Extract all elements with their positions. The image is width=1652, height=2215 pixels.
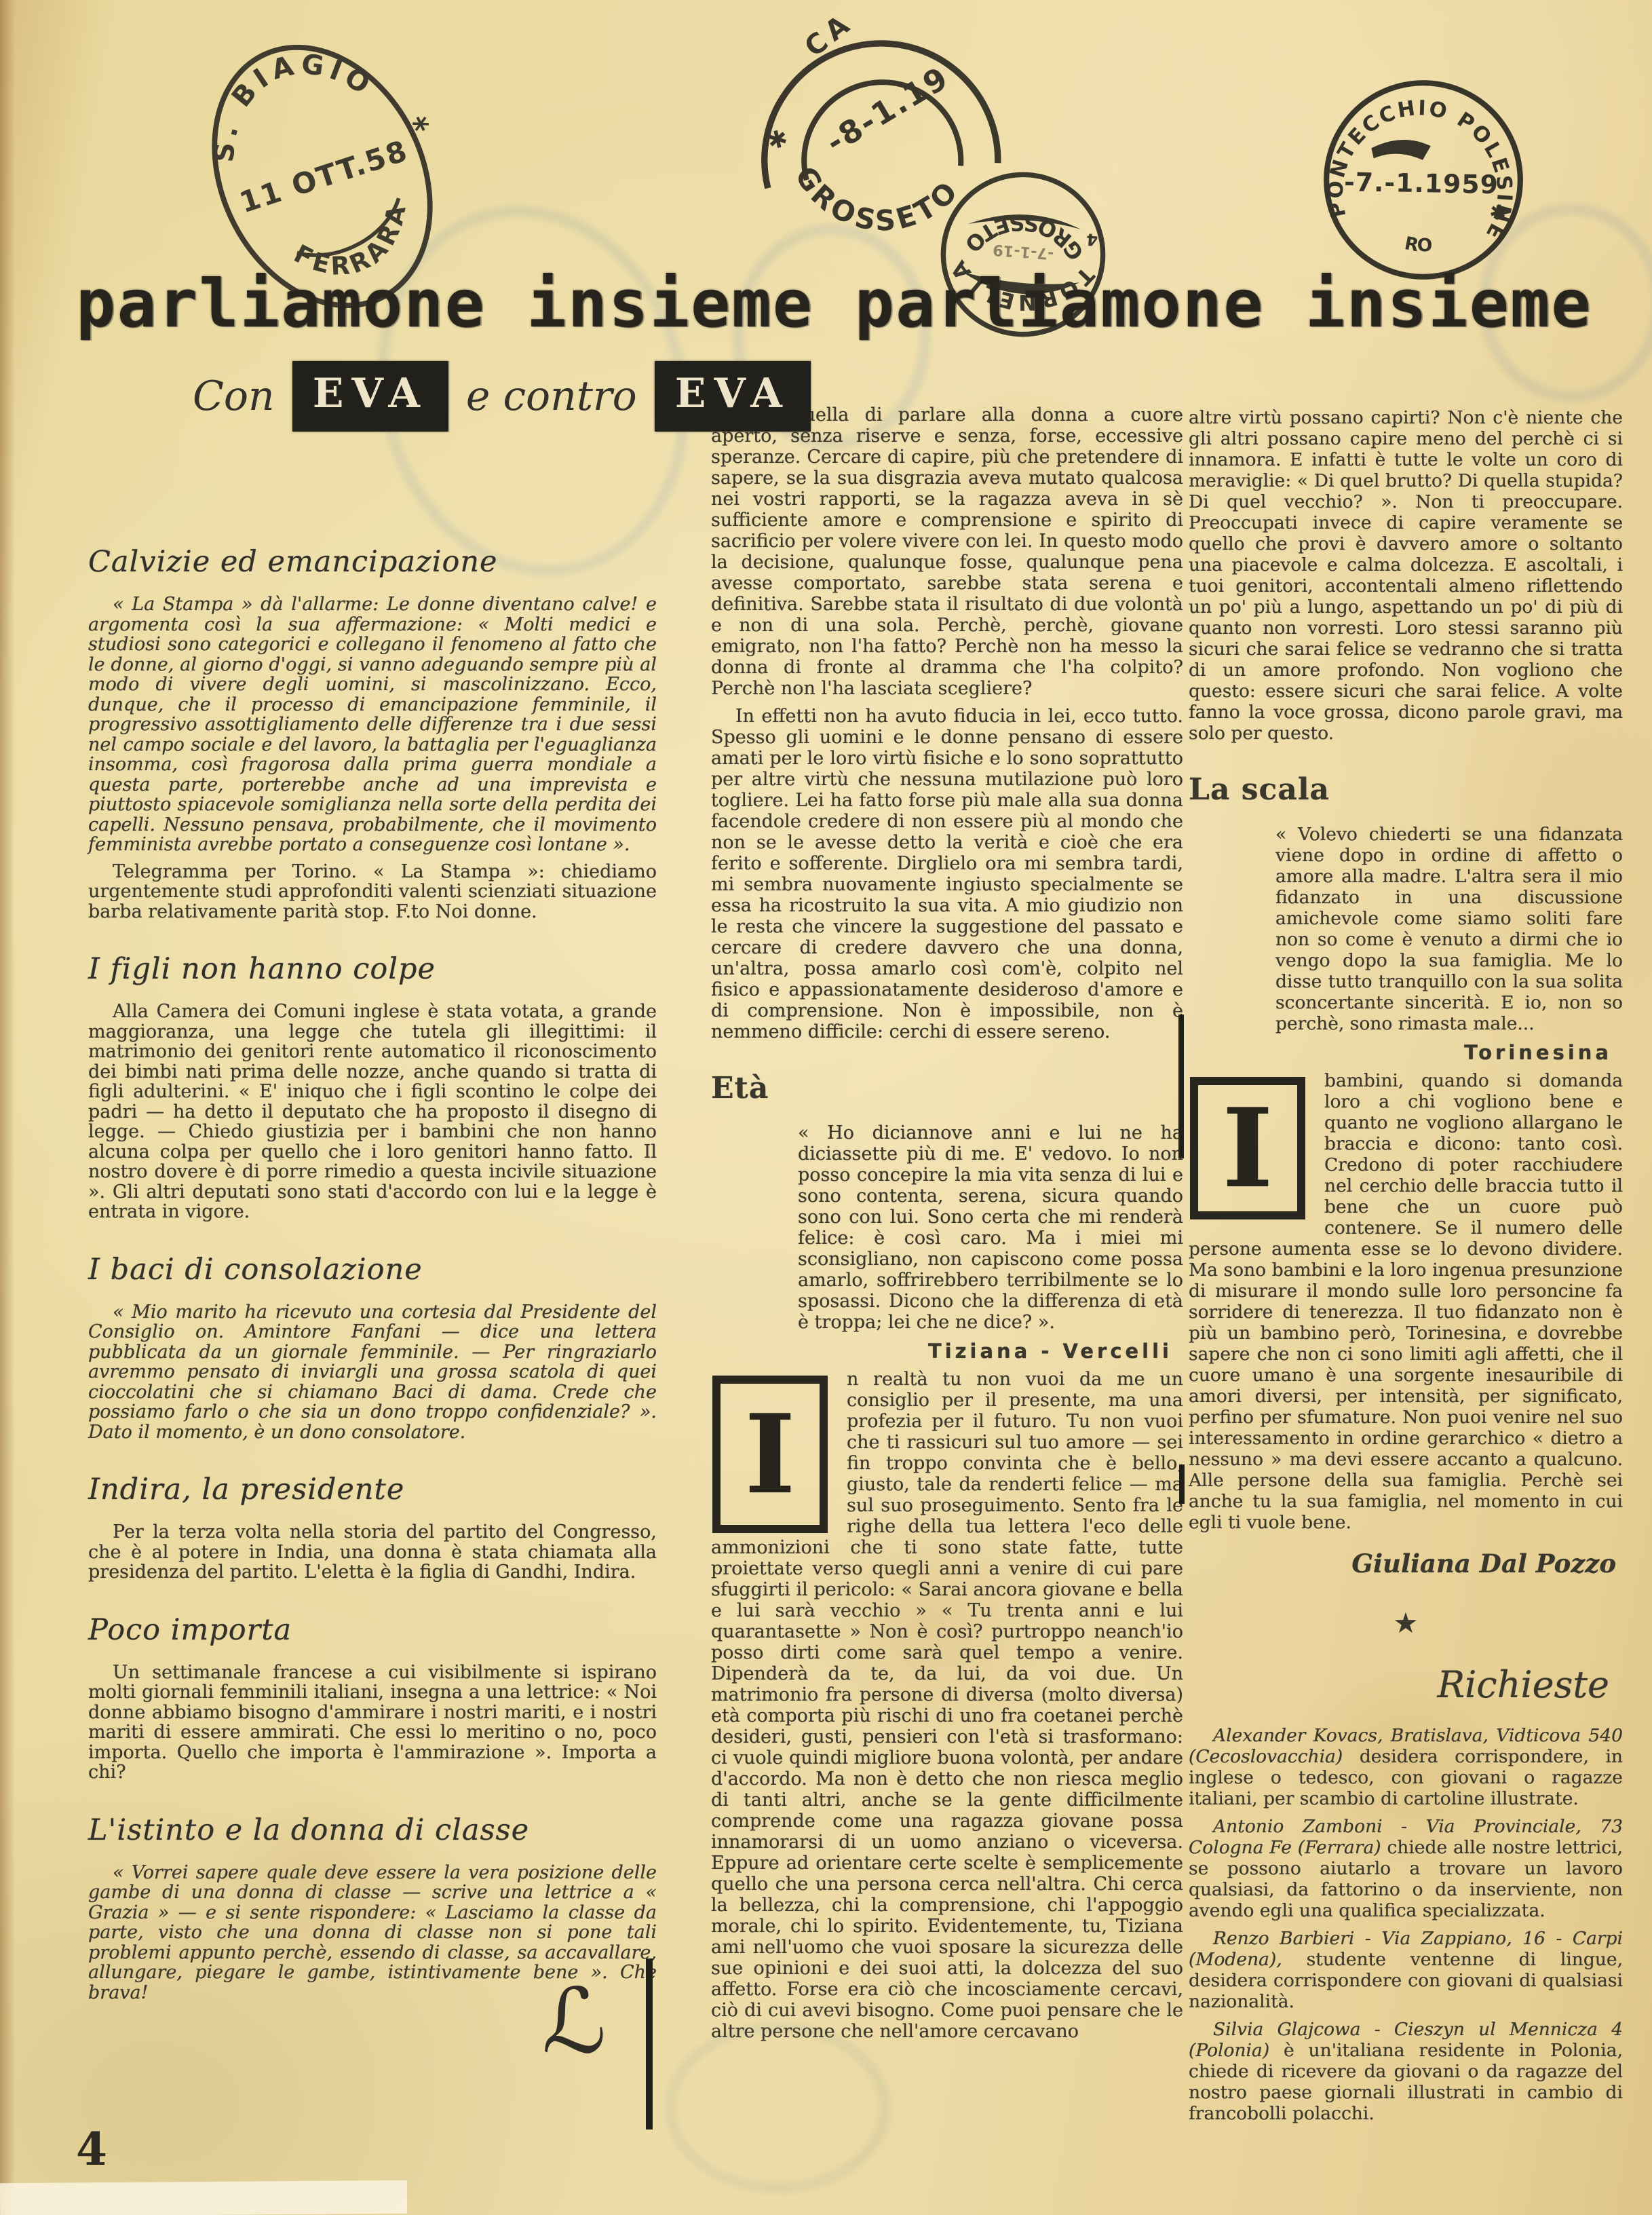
page-number: 4	[76, 2123, 107, 2176]
section-heading: Indira, la presidente	[88, 1473, 657, 1506]
kicker: Con EVA e contro EVA	[175, 361, 811, 432]
eva-badge: EVA	[292, 361, 448, 432]
svg-text:-7.-1.1959: -7.-1.1959	[1344, 167, 1499, 200]
letter-signature: Tiziana - Vercelli	[711, 1341, 1172, 1362]
requests-list: Alexander Kovacs, Bratislava, Vidticova …	[1189, 1725, 1623, 2124]
body-paragraph: Un settimanale francese a cui visibilmen…	[88, 1663, 657, 1783]
request-item: Alexander Kovacs, Bratislava, Vidticova …	[1189, 1725, 1623, 1809]
section-heading: I baci di consolazione	[88, 1253, 657, 1286]
body-paragraph: Alla Camera dei Comuni inglese è stata v…	[88, 1002, 657, 1222]
svg-text:CA: CA	[799, 6, 860, 63]
svg-text:4: 4	[1086, 229, 1098, 250]
column-rule	[646, 1958, 653, 2129]
reader-letter: « Ho diciannove anni e lui ne ha diciass…	[798, 1122, 1183, 1333]
kicker-word-econtro: e contro	[466, 373, 637, 420]
letter-signature: Torinesina	[1189, 1042, 1612, 1063]
kicker-word-con: Con	[193, 373, 275, 420]
section-heading-eta: Età	[711, 1072, 1183, 1105]
svg-text:-7-1-19: -7-1-19	[992, 241, 1054, 263]
postmark-tornella-icon: TORNELLA GROSSETO -7-1-19 4	[922, 153, 1125, 356]
request-item: Silvia Glajcowa - Cieszyn ul Mennicza 4 …	[1189, 2019, 1623, 2124]
section-heading: Calvizie ed emancipazione	[88, 546, 657, 578]
drop-cap-box: I	[712, 1376, 828, 1533]
column-2: strada: quella di parlare alla donna a c…	[711, 404, 1183, 2049]
eva-badge: EVA	[655, 361, 811, 432]
section-heading: L'istinto e la donna di classe	[88, 1814, 657, 1847]
column-rule	[1178, 1015, 1184, 1158]
drop-cap-letter: I	[745, 1400, 796, 1509]
author-signature: Giuliana Dal Pozzo	[1189, 1553, 1616, 1574]
svg-text:✱: ✱	[765, 125, 791, 156]
body-paragraph: strada: quella di parlare alla donna a c…	[711, 404, 1183, 699]
svg-text:PONTECCHIO POLESINE: PONTECCHIO POLESINE	[1318, 81, 1532, 251]
postmark-pontecchio-icon: PONTECCHIO POLESINE -7.-1.1959 ✱ RO	[1303, 60, 1543, 300]
reader-letter: « Volevo chiederti se una fidanzata vien…	[1275, 824, 1623, 1034]
request-item: Renzo Barbieri - Via Zappiano, 16 - Carp…	[1189, 1928, 1623, 2012]
body-paragraph: Telegramma per Torino. « La Stampa »: ch…	[88, 862, 657, 922]
drop-cap-letter: I	[1223, 1094, 1273, 1203]
section-heading: I figli non hanno colpe	[88, 953, 657, 985]
scan-edge-strip	[0, 2180, 407, 2215]
body-paragraph: « Mio marito ha ricevuto una cortesia da…	[88, 1302, 657, 1443]
section-heading-richieste: Richieste	[1189, 1674, 1609, 1695]
section-heading: Poco importa	[88, 1614, 657, 1646]
column-3: altre virtù possano capirti? Non c'è nie…	[1189, 407, 1623, 2131]
columnist-initial-signature: ℒ	[88, 2012, 607, 2032]
column-rule	[1179, 1464, 1185, 1504]
svg-text:-8-1.19: -8-1.19	[820, 59, 955, 160]
page-left-edge	[0, 0, 15, 2215]
drop-cap-box: I	[1190, 1077, 1305, 1219]
column-1: Calvizie ed emancipazione« La Stampa » d…	[88, 535, 657, 2032]
body-paragraph: Per la terza volta nella storia del part…	[88, 1522, 657, 1583]
column-1-sections: Calvizie ed emancipazione« La Stampa » d…	[88, 546, 657, 2003]
body-paragraph: altre virtù possano capirti? Non c'è nie…	[1189, 407, 1623, 744]
star-divider-icon: ★	[1189, 1612, 1623, 1633]
request-item: Antonio Zamboni - Via Provinciale, 73 Co…	[1189, 1816, 1623, 1921]
body-paragraph: « La Stampa » dà l'allarme: Le donne div…	[88, 594, 657, 855]
body-paragraph: In effetti non ha avuto fiducia in lei, …	[711, 706, 1183, 1042]
newspaper-page: parliamone insieme parliamone insieme S.…	[0, 0, 1652, 2215]
svg-text:RO: RO	[1403, 230, 1437, 259]
section-heading-la-scala: La scala	[1189, 774, 1623, 806]
